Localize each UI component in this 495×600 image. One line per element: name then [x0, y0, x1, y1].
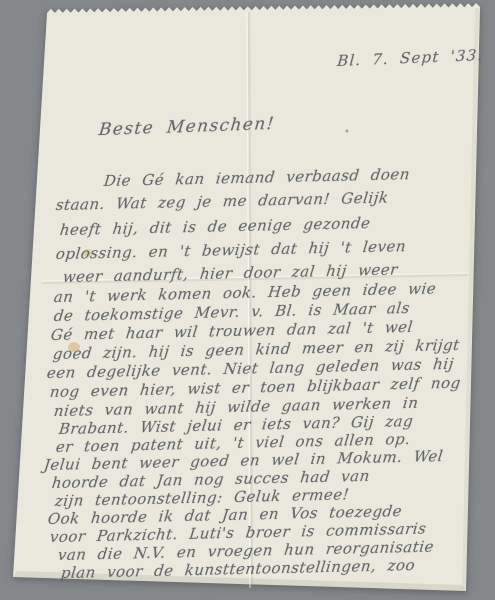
letter-paper-graphic — [0, 0, 495, 600]
paper-sheet — [13, 3, 480, 591]
paper-speck — [346, 130, 349, 133]
paper-stain — [68, 342, 80, 352]
photographed-handwritten-letter: Bl. 7. Sept '33. Beste Menschen! Die Gé … — [0, 0, 495, 600]
paper-stain — [83, 249, 93, 257]
